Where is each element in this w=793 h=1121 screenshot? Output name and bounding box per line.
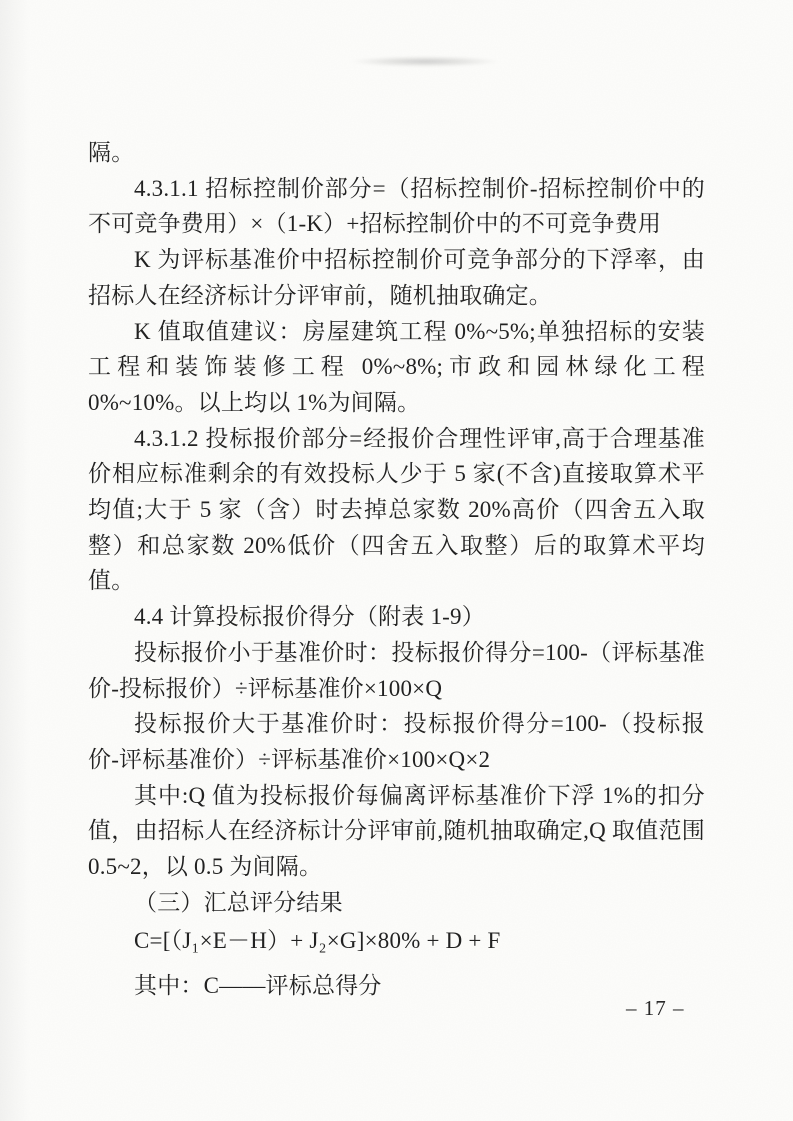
paragraph-continuation: 隔。 [88, 135, 705, 171]
para-q-definition: 其中:Q 值为投标报价每偏离评标基准价下浮 1%的扣分值，由招标人在经济标计分评… [88, 778, 705, 885]
heading-summary-result: （三）汇总评分结果 [88, 885, 705, 921]
clause-4-3-1-2: 4.3.1.2 投标报价部分=经报价合理性评审,高于合理基准价相应标准剩余的有效… [88, 421, 705, 600]
page-number: – 17 – [626, 996, 685, 1021]
scan-edge-shadow [0, 0, 30, 1121]
para-k-value-suggestion: K 值取值建议：房屋建筑工程 0%~5%;单独招标的安装工程和装饰装修工程 0%… [88, 314, 705, 421]
formula-bid-above-base-price: 投标报价大于基准价时：投标报价得分=100-（投标报价-评标基准价）÷评标基准价… [88, 706, 705, 777]
formula-bid-below-base-price: 投标报价小于基准价时：投标报价得分=100-（评标基准价-投标报价）÷评标基准价… [88, 635, 705, 706]
scan-smudge-artifact [350, 56, 500, 67]
heading-4-4-bid-price-score: 4.4 计算投标报价得分（附表 1-9） [88, 599, 705, 635]
para-k-downfloat-rate: K 为评标基准价中招标控制价可竞争部分的下浮率，由招标人在经济标计分评审前，随机… [88, 242, 705, 313]
clause-4-3-1-1: 4.3.1.1 招标控制价部分=（招标控制价-招标控制价中的不可竞争费用）×（1… [88, 171, 705, 242]
para-c-definition: 其中：C——评标总得分 [88, 968, 705, 1004]
formula-total-score: C=[（J₁×E－H）+ J₂×G]×80% + D + F [88, 923, 705, 959]
document-page: 隔。 4.3.1.1 招标控制价部分=（招标控制价-招标控制价中的不可竞争费用）… [0, 0, 793, 1121]
document-content: 隔。 4.3.1.1 招标控制价部分=（招标控制价-招标控制价中的不可竞争费用）… [88, 135, 705, 1004]
